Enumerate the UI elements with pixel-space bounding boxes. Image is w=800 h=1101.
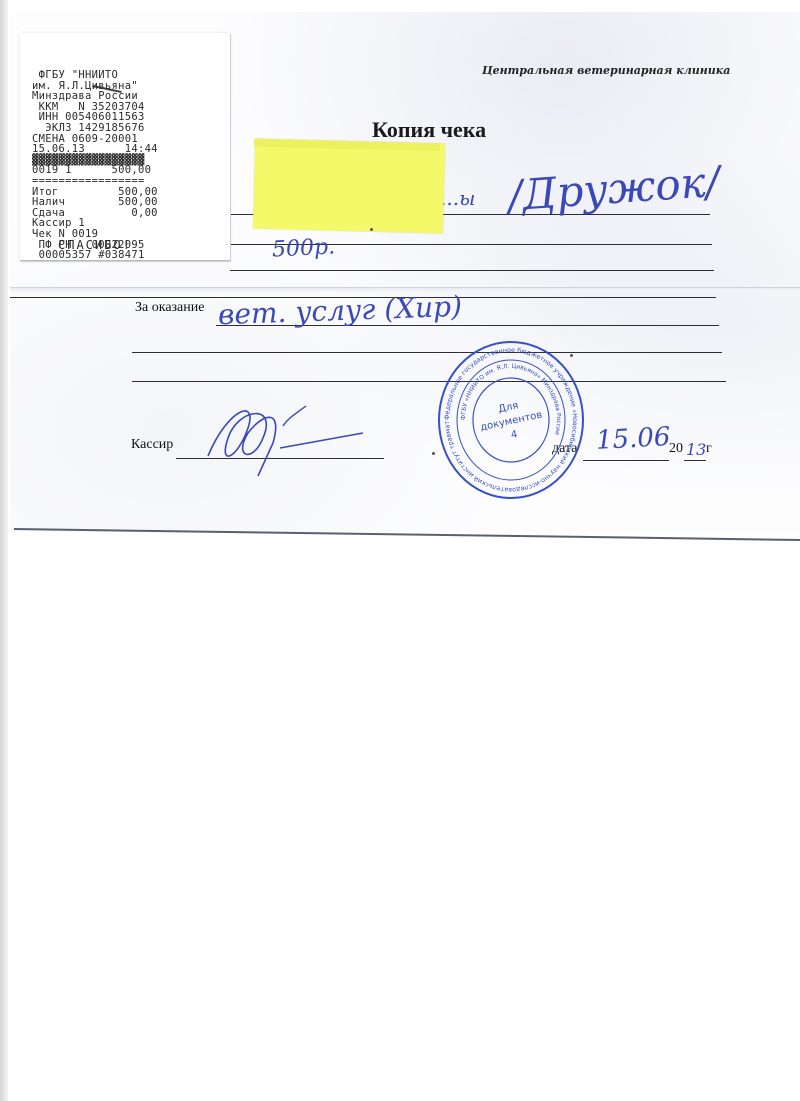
line-3 — [230, 270, 714, 271]
redaction-sticky-note — [253, 139, 445, 234]
paper-edge — [14, 528, 800, 555]
document-title: Копия чека — [372, 117, 486, 143]
handwritten-payer: ...ы — [440, 186, 475, 210]
speck — [432, 452, 435, 455]
year-prefix: 20 — [669, 441, 683, 457]
line-6 — [132, 352, 722, 353]
cashier-label: Кассир — [131, 437, 173, 453]
svg-text:4: 4 — [510, 429, 519, 441]
cashier-signature — [188, 398, 368, 478]
handwritten-amount: 500р. — [271, 234, 335, 262]
clinic-name: Центральная ветеринарная клиника — [482, 64, 730, 77]
year-line — [684, 460, 706, 461]
receipt-thanks: СПАСИБО! — [58, 238, 132, 252]
service-label: За оказание — [135, 300, 204, 316]
svg-text:Для: Для — [497, 400, 519, 415]
line-7 — [132, 381, 726, 382]
handwritten-date: 15.06 — [595, 422, 671, 456]
receipt-text: ФГБУ "ННИИТО им. Я.Л.Цивьяна" Минздрава … — [32, 70, 158, 261]
speck — [570, 354, 573, 357]
year-suffix: г — [706, 441, 712, 457]
official-stamp: Федеральное государственное бюджетное уч… — [436, 340, 586, 500]
handwritten-year: 13 — [686, 440, 706, 459]
speck — [370, 228, 373, 231]
date-line — [583, 460, 669, 461]
scan-edge — [0, 0, 8, 1101]
